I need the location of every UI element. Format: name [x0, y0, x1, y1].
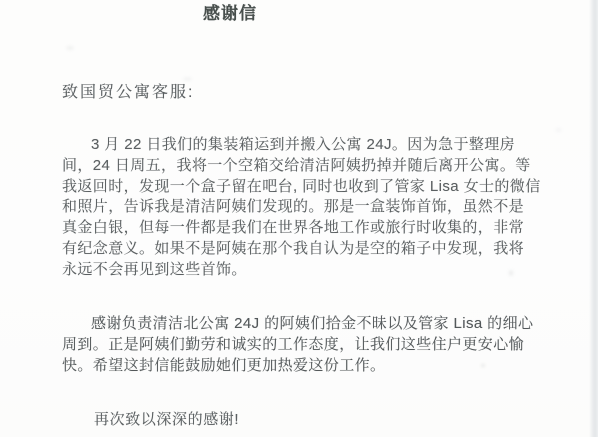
- paragraph-line: 有纪念意义。如果不是阿姨在那个我自认为是空的箱子中发现，我将: [62, 239, 562, 260]
- scan-smudge: [183, 77, 192, 81]
- paragraph-line: 周到。正是阿姨们勤劳和诚实的工作态度，让我们这些住户更安心愉: [62, 335, 562, 356]
- scanned-letter-page: 感谢信 致国贸公寓客服: 3 月 22 日我们的集装箱运到并搬入公寓 24J。因…: [0, 0, 598, 437]
- paragraph-line: 快。希望这封信能鼓励她们更加热爱这份工作。: [62, 356, 562, 377]
- letter-paragraph-2: 感谢负责清洁北公寓 24J 的阿姨们拾金不昧以及管家 Lisa 的细心 周到。正…: [62, 314, 562, 376]
- paragraph-line: 间，24 日周五，我将一个空箱交给清洁阿姨扔掉并随后离开公寓。等: [62, 156, 562, 177]
- paragraph-line: 3 月 22 日我们的集装箱运到并搬入公寓 24J。因为急于整理房: [62, 135, 562, 156]
- paragraph-line: 永远不会再见到这些首饰。: [62, 260, 562, 281]
- paragraph-line: 真金白银，但每一件都是我们在世界各地工作或旅行时收集的，非常: [62, 218, 562, 239]
- scan-smudge: [66, 46, 74, 50]
- paragraph-line: 和照片，告诉我是清洁阿姨们发现的。那是一盒装饰首饰，虽然不是: [62, 197, 562, 218]
- scan-smudge: [555, 128, 562, 132]
- scan-smudge: [481, 364, 485, 367]
- letter-salutation: 致国贸公寓客服:: [62, 83, 194, 103]
- scan-smudge: [509, 270, 513, 276]
- letter-paragraph-1: 3 月 22 日我们的集装箱运到并搬入公寓 24J。因为急于整理房 间，24 日…: [62, 135, 562, 281]
- paragraph-line: 感谢负责清洁北公寓 24J 的阿姨们拾金不昧以及管家 Lisa 的细心: [62, 314, 562, 335]
- paragraph-line: 我返回时，发现一个盒子留在吧台, 同时也收到了管家 Lisa 女士的微信: [62, 177, 562, 198]
- page-right-edge-shadow: [589, 0, 598, 437]
- letter-closing: 再次致以深深的感谢!: [62, 410, 239, 431]
- letter-title: 感谢信: [203, 3, 257, 25]
